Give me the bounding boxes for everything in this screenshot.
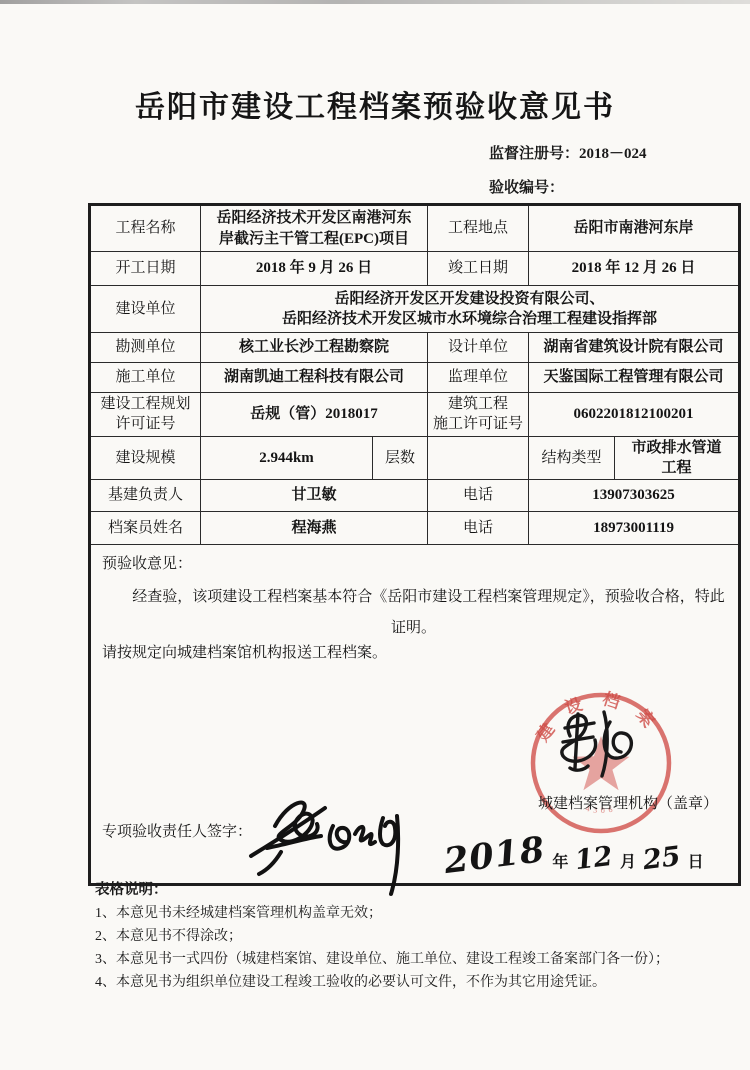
- phone2-value-cell: 18973001119: [529, 512, 740, 545]
- handwritten-signature-icon: [540, 696, 655, 801]
- owner-line1: 岳阳经济开发区开发建设投资有限公司、: [204, 289, 735, 309]
- phone1-value-cell: 13907303625: [529, 480, 740, 512]
- construction-permit-value-cell: 0602201812100201: [529, 393, 740, 437]
- archivist-label-cell: 档案员姓名: [90, 512, 201, 545]
- note-item: 1、本意见书未经城建档案管理机构盖章无效；: [95, 902, 740, 925]
- project-info-table: 工程名称 岳阳经济技术开发区南港河东 岸截污主干管工程(EPC)项目 工程地点 …: [88, 203, 741, 886]
- construction-unit-label-cell: 施工单位: [90, 363, 201, 393]
- survey-unit-value-cell: 核工业长沙工程勘察院: [201, 333, 428, 363]
- supervision-registration-value: 2018－024: [579, 146, 647, 162]
- archive-org-seal-label: 城建档案管理机构（盖章）: [538, 794, 718, 814]
- construction-permit-label-line1: 建筑工程: [431, 394, 525, 414]
- opinion-section-cell: 预验收意见： 经查验，该项建设工程档案基本符合《岳阳市建设工程档案管理规定》，预…: [90, 545, 740, 885]
- construction-unit-value-cell: 湖南凯迪工程科技有限公司: [201, 363, 428, 393]
- planning-permit-value-cell: 岳规（管）2018017: [201, 393, 428, 437]
- finish-date-label-cell: 竣工日期: [428, 252, 529, 286]
- table-row: 基建负责人 甘卫敏 电话 13907303625: [90, 480, 740, 512]
- structure-type-line1: 市政排水管道: [618, 438, 735, 458]
- finish-date-value-cell: 2018 年 12 月 26 日: [529, 252, 740, 286]
- signer-label: 专项验收责任人签字：: [102, 822, 252, 842]
- owner-value-cell: 岳阳经济开发区开发建设投资有限公司、 岳阳经济技术开发区城市水环境综合治理工程建…: [201, 286, 740, 333]
- opinion-box: 预验收意见： 经查验，该项建设工程档案基本符合《岳阳市建设工程档案管理规定》，预…: [94, 546, 735, 882]
- month-unit: 月: [620, 852, 636, 874]
- scale-value-cell: 2.944km: [201, 436, 373, 480]
- project-name-label-cell: 工程名称: [90, 205, 201, 252]
- note-item: 4、本意见书为组织单位建设工程竣工验收的必要认可文件，不作为其它用途凭证。: [95, 971, 740, 994]
- note-item: 3、本意见书一式四份（城建档案馆、建设单位、施工单位、建设工程竣工备案部门各一份…: [95, 948, 740, 971]
- table-row: 勘测单位 核工业长沙工程勘察院 设计单位 湖南省建筑设计院有限公司: [90, 333, 740, 363]
- structure-type-line2: 工程: [618, 458, 735, 478]
- signature-date: 2018 年 12 月 25 日: [444, 832, 706, 879]
- start-date-value-cell: 2018 年 9 月 26 日: [201, 252, 428, 286]
- owner-label-cell: 建设单位: [90, 286, 201, 333]
- supervising-unit-value-cell: 天鉴国际工程管理有限公司: [529, 363, 740, 393]
- planning-permit-label-line1: 建设工程规划: [94, 394, 197, 414]
- location-label-cell: 工程地点: [428, 205, 529, 252]
- infrastructure-head-label-cell: 基建负责人: [90, 480, 201, 512]
- archivist-value-cell: 程海燕: [201, 512, 428, 545]
- supervising-unit-label-cell: 监理单位: [428, 363, 529, 393]
- project-name-line1: 岳阳经济技术开发区南港河东: [204, 208, 424, 228]
- year-unit: 年: [552, 852, 568, 874]
- start-date-label-cell: 开工日期: [90, 252, 201, 286]
- table-row: 工程名称 岳阳经济技术开发区南港河东 岸截污主干管工程(EPC)项目 工程地点 …: [90, 205, 740, 252]
- location-value-cell: 岳阳市南港河东岸: [529, 205, 740, 252]
- floors-label-cell: 层数: [373, 436, 428, 480]
- scan-artifact: [0, 0, 750, 4]
- table-row: 开工日期 2018 年 9 月 26 日 竣工日期 2018 年 12 月 26…: [90, 252, 740, 286]
- planning-permit-label-cell: 建设工程规划 许可证号: [90, 393, 201, 437]
- table-row: 建设单位 岳阳经济开发区开发建设投资有限公司、 岳阳经济技术开发区城市水环境综合…: [90, 286, 740, 333]
- design-unit-value-cell: 湖南省建筑设计院有限公司: [529, 333, 740, 363]
- planning-permit-label-line2: 许可证号: [94, 414, 197, 434]
- table-row: 预验收意见： 经查验，该项建设工程档案基本符合《岳阳市建设工程档案管理规定》，预…: [90, 545, 740, 885]
- table-row: 施工单位 湖南凯迪工程科技有限公司 监理单位 天鉴国际工程管理有限公司: [90, 363, 740, 393]
- acceptance-number: 验收编号：: [489, 176, 564, 197]
- handwritten-year: 2018: [441, 826, 547, 885]
- page-title: 岳阳市建设工程档案预验收意见书: [0, 82, 750, 126]
- opinion-paragraph-1: 经查验，该项建设工程档案基本符合《岳阳市建设工程档案管理规定》，预验收合格，特此…: [102, 582, 725, 644]
- opinion-section-label: 预验收意见：: [102, 554, 192, 574]
- infrastructure-head-value-cell: 甘卫敏: [201, 480, 428, 512]
- phone1-label-cell: 电话: [428, 480, 529, 512]
- owner-line2: 岳阳经济技术开发区城市水环境综合治理工程建设指挥部: [204, 309, 735, 329]
- construction-permit-label-cell: 建筑工程 施工许可证号: [428, 393, 529, 437]
- handwritten-day: 25: [641, 839, 683, 880]
- scale-label-cell: 建设规模: [90, 436, 201, 480]
- seal-overlay-signature: [540, 696, 655, 801]
- table-row: 档案员姓名 程海燕 电话 18973001119: [90, 512, 740, 545]
- project-name-line2: 岸截污主干管工程(EPC)项目: [204, 229, 424, 249]
- design-unit-label-cell: 设计单位: [428, 333, 529, 363]
- structure-type-label-cell: 结构类型: [529, 436, 615, 480]
- table-row: 建设工程规划 许可证号 岳规（管）2018017 建筑工程 施工许可证号 060…: [90, 393, 740, 437]
- note-item: 2、本意见书不得涂改；: [95, 925, 740, 948]
- scanned-document-page: 岳阳市建设工程档案预验收意见书 监督注册号：2018－024 验收编号： 工程名…: [0, 0, 750, 1070]
- supervision-registration-label: 监督注册号：: [489, 146, 579, 162]
- supervision-registration-number: 监督注册号：2018－024: [489, 142, 647, 163]
- day-unit: 日: [688, 852, 704, 874]
- acceptance-number-label: 验收编号：: [489, 180, 564, 196]
- handwritten-month: 12: [573, 839, 615, 880]
- opinion-paragraph-2: 请按规定向城建档案馆机构报送工程档案。: [102, 642, 387, 664]
- construction-permit-label-line2: 施工许可证号: [431, 414, 525, 434]
- table-row: 建设规模 2.944km 层数 结构类型 市政排水管道 工程: [90, 436, 740, 480]
- survey-unit-label-cell: 勘测单位: [90, 333, 201, 363]
- phone2-label-cell: 电话: [428, 512, 529, 545]
- table-notes: 表格说明： 1、本意见书未经城建档案管理机构盖章无效； 2、本意见书不得涂改； …: [95, 879, 740, 994]
- floors-value-cell: [428, 436, 529, 480]
- structure-type-value-cell: 市政排水管道 工程: [615, 436, 740, 480]
- notes-title: 表格说明：: [95, 879, 740, 902]
- project-name-value-cell: 岳阳经济技术开发区南港河东 岸截污主干管工程(EPC)项目: [201, 205, 428, 252]
